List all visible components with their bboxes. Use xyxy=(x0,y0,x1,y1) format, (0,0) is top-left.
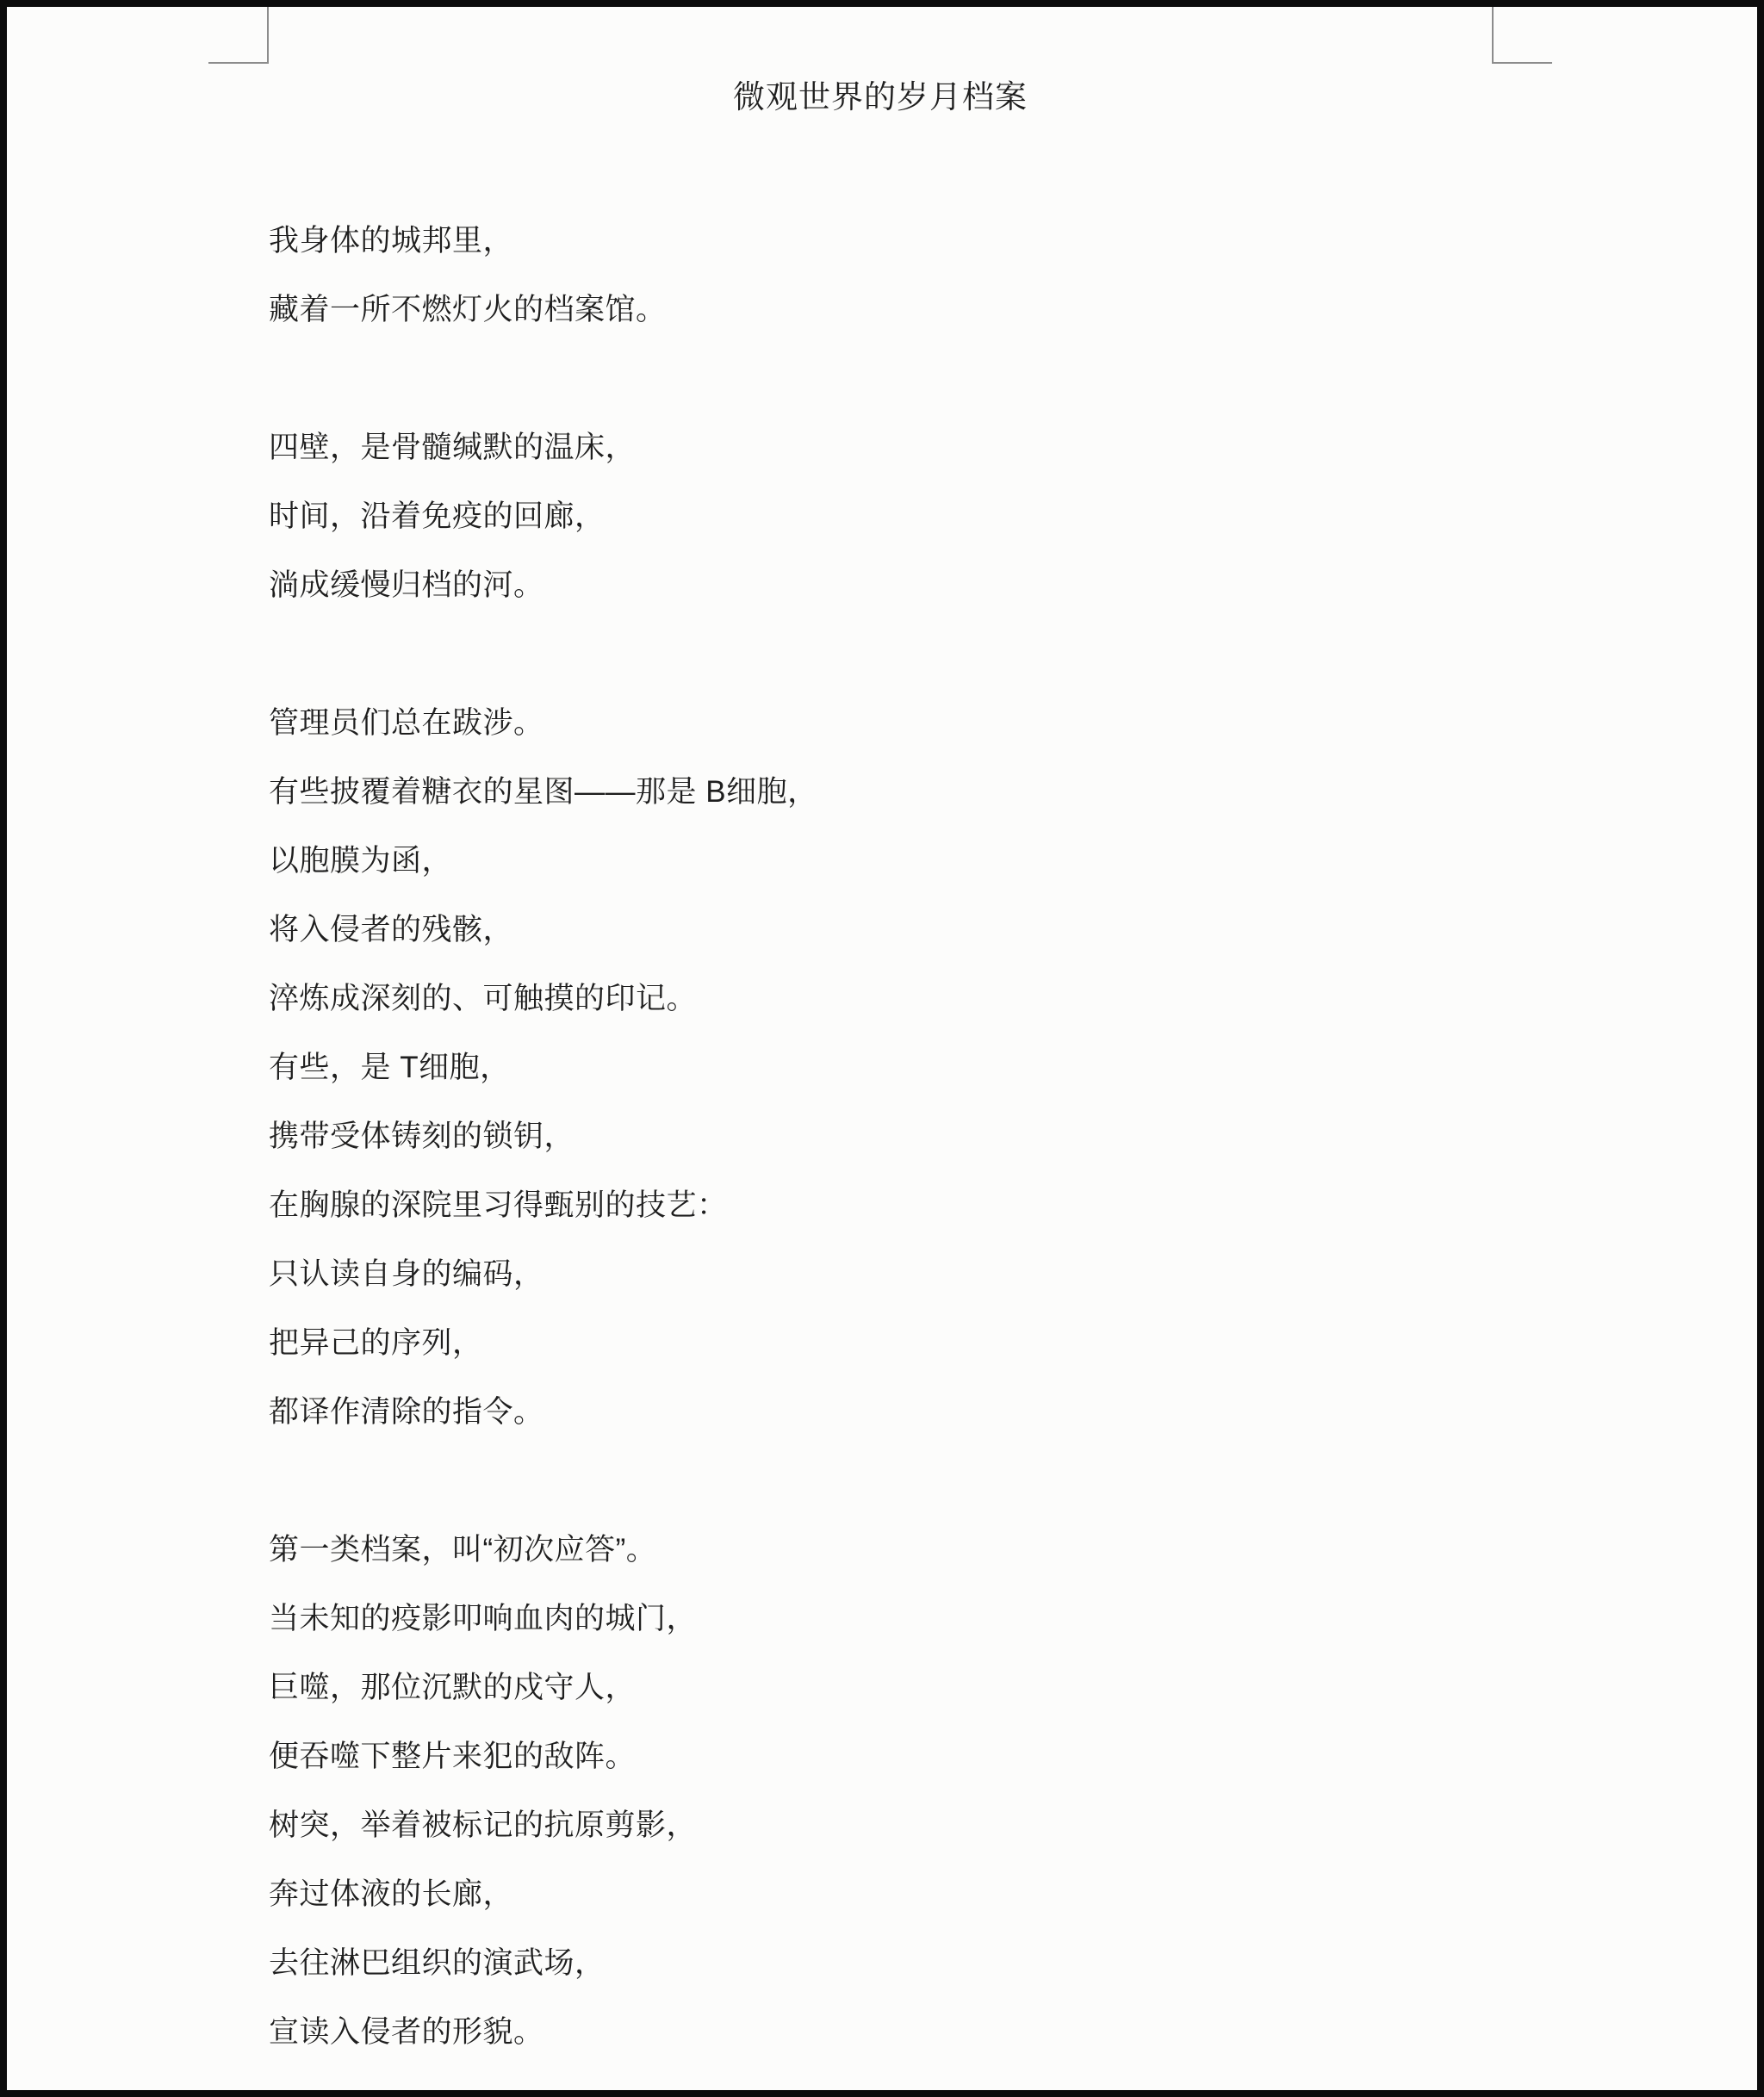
poem-line: 都译作清除的指令。 xyxy=(269,1378,1543,1447)
poem-line: 当未知的疫影叩响血肉的城门， xyxy=(269,1585,1543,1653)
poem-line: 将入侵者的残骸， xyxy=(269,896,1543,965)
poem-stanza-3: 管理员们总在跋涉。 有些披覆着糖衣的星图——那是 B细胞， 以胞膜为函， 将入侵… xyxy=(269,689,1543,1447)
poem-stanza-2: 四壁，是骨髓缄默的温床， 时间，沿着免疫的回廊， 淌成缓慢归档的河。 xyxy=(269,413,1543,620)
poem-body: 我身体的城邦里， 藏着一所不燃灯火的档案馆。 四壁，是骨髓缄默的温床， 时间，沿… xyxy=(269,207,1543,2067)
poem-stanza-1: 我身体的城邦里， 藏着一所不燃灯火的档案馆。 xyxy=(269,207,1543,344)
poem-line: 有些，是 T细胞， xyxy=(269,1033,1543,1102)
crop-mark-vertical-line xyxy=(1492,7,1494,64)
poem-line: 四壁，是骨髓缄默的温床， xyxy=(269,413,1543,482)
document-page: 微观世界的岁月档案 我身体的城邦里， 藏着一所不燃灯火的档案馆。 四壁，是骨髓缄… xyxy=(0,0,1764,2097)
margin-crop-mark-top-right xyxy=(1492,7,1554,64)
poem-stanza-4: 第一类档案，叫“初次应答”。 当未知的疫影叩响血肉的城门， 巨噬，那位沉默的戍守… xyxy=(269,1516,1543,2067)
crop-mark-horizontal-line xyxy=(208,62,269,64)
poem-line: 把异己的序列， xyxy=(269,1309,1543,1378)
document-title: 微观世界的岁月档案 xyxy=(0,76,1761,119)
poem-line: 巨噬，那位沉默的戍守人， xyxy=(269,1653,1543,1722)
crop-mark-vertical-line xyxy=(267,7,269,64)
poem-line: 以胞膜为函， xyxy=(269,827,1543,896)
poem-line: 在胸腺的深院里习得甄别的技艺： xyxy=(269,1171,1543,1240)
margin-crop-mark-top-left xyxy=(208,7,270,64)
poem-line: 时间，沿着免疫的回廊， xyxy=(269,482,1543,551)
poem-line: 树突，举着被标记的抗原剪影， xyxy=(269,1791,1543,1860)
poem-line: 淬炼成深刻的、可触摸的印记。 xyxy=(269,965,1543,1033)
poem-line: 第一类档案，叫“初次应答”。 xyxy=(269,1516,1543,1585)
poem-line: 我身体的城邦里， xyxy=(269,207,1543,276)
poem-line: 淌成缓慢归档的河。 xyxy=(269,551,1543,620)
poem-line: 去往淋巴组织的演武场， xyxy=(269,1929,1543,1998)
poem-line: 藏着一所不燃灯火的档案馆。 xyxy=(269,276,1543,344)
poem-line: 有些披覆着糖衣的星图——那是 B细胞， xyxy=(269,758,1543,827)
poem-line: 奔过体液的长廊， xyxy=(269,1860,1543,1929)
poem-line: 携带受体铸刻的锁钥， xyxy=(269,1102,1543,1171)
crop-mark-horizontal-line xyxy=(1492,62,1552,64)
poem-line: 管理员们总在跋涉。 xyxy=(269,689,1543,758)
poem-line: 只认读自身的编码， xyxy=(269,1240,1543,1309)
poem-line: 宣读入侵者的形貌。 xyxy=(269,1998,1543,2067)
poem-line: 便吞噬下整片来犯的敌阵。 xyxy=(269,1722,1543,1791)
